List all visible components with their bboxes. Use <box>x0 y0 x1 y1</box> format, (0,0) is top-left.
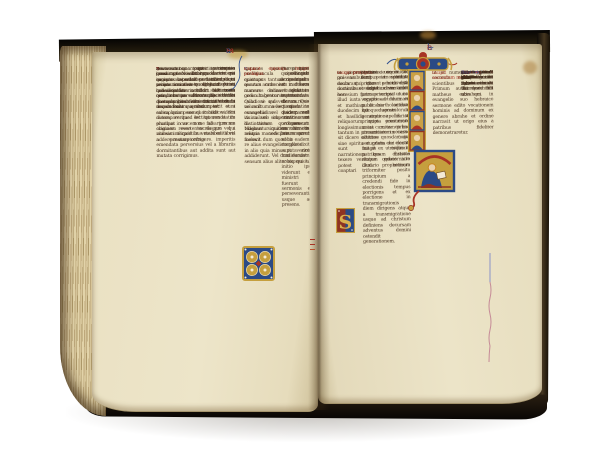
historiated-initial-l <box>385 48 459 214</box>
gutter-marginalia <box>310 239 315 240</box>
text-column-left-2: Igitur hec presens prefatiuncula pollice… <box>244 67 310 321</box>
decorated-initial-s: S <box>336 208 355 233</box>
parchment-stain <box>420 31 436 39</box>
manuscript-photo: ~ m a ~ ~ t h e ~ Beatissimo pape damaso… <box>0 0 600 450</box>
svg-text:S: S <box>339 212 353 234</box>
initial-stem-ancestor-compartments <box>408 69 426 152</box>
parchment-stain <box>523 61 537 74</box>
evangelist-miniature <box>415 151 454 191</box>
decorated-initial-p <box>242 246 275 281</box>
gutter-fold <box>308 44 330 410</box>
margin-squiggle-line <box>486 252 494 364</box>
initial-tail-flourish <box>408 191 419 211</box>
text-column-left-1: Beatissimo pape damaso ieronimus. Novum … <box>156 67 236 327</box>
initial-crossbar <box>387 52 457 71</box>
